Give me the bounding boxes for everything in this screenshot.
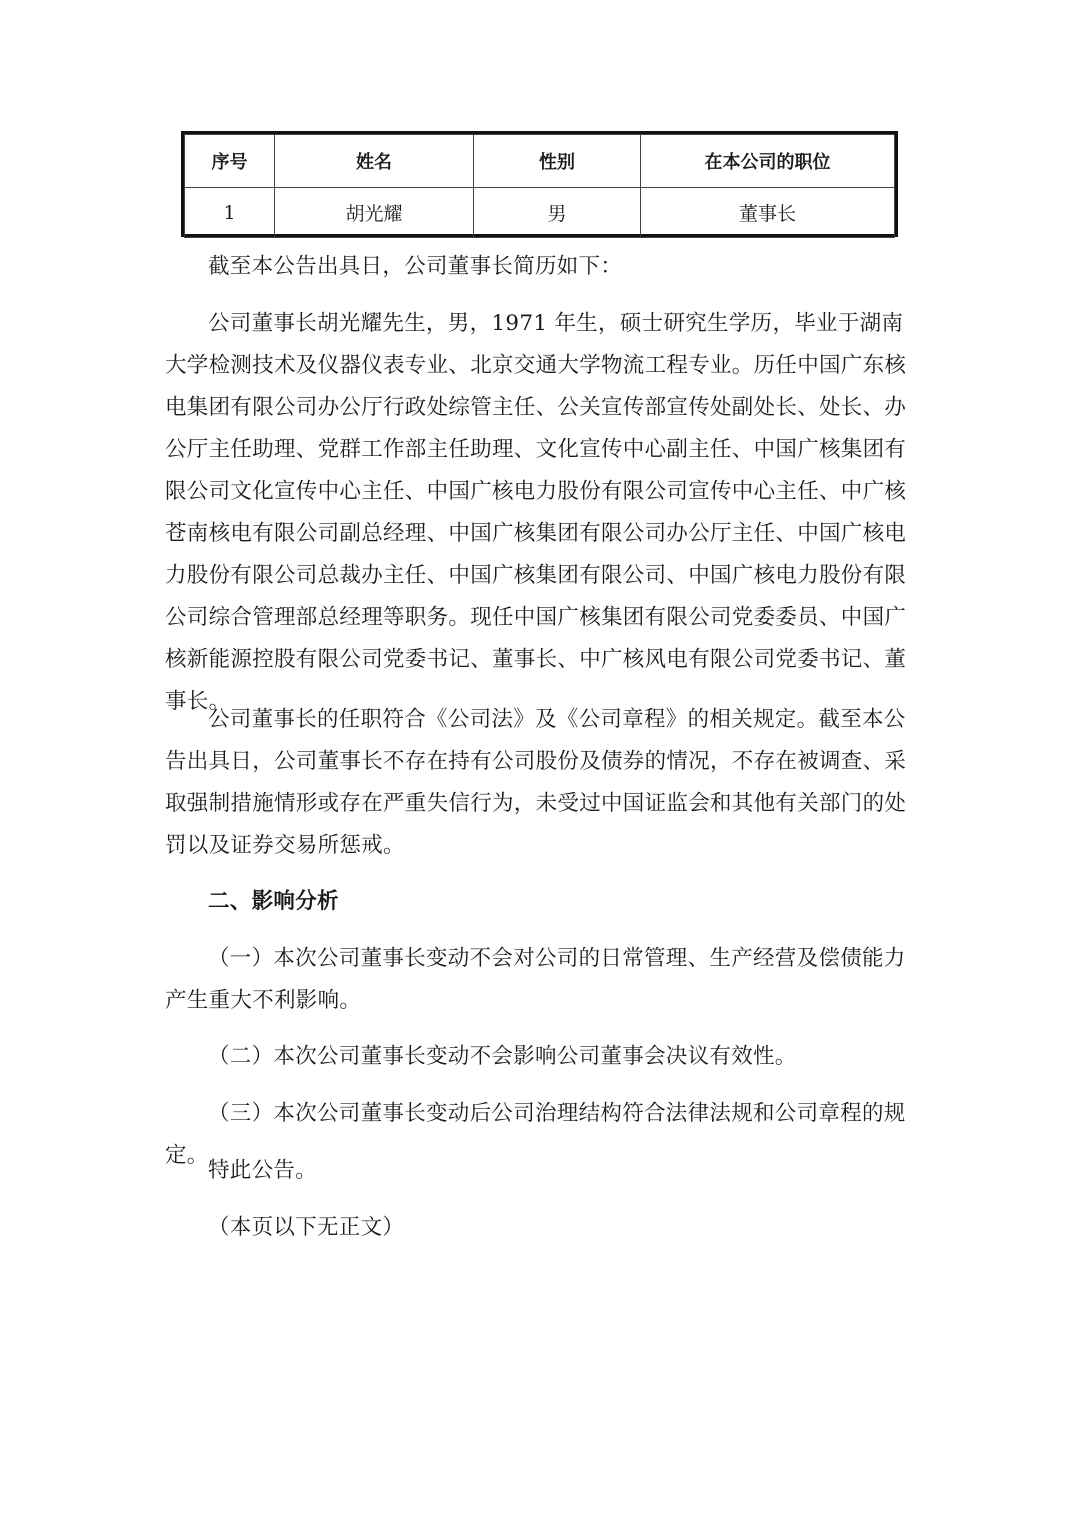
cell-gender: 男 bbox=[474, 188, 641, 238]
no-more-text-note: （本页以下无正文） bbox=[165, 1207, 917, 1249]
cell-position: 董事长 bbox=[641, 188, 895, 238]
chairman-table: 序号 姓名 性别 在本公司的职位 1 胡光耀 男 董事长 bbox=[181, 131, 898, 237]
intro-paragraph: 截至本公告出具日，公司董事长简历如下： bbox=[165, 246, 917, 288]
impact-paragraph-2: （二）本次公司董事长变动不会影响公司董事会决议有效性。 bbox=[165, 1036, 917, 1078]
header-position: 在本公司的职位 bbox=[641, 135, 895, 188]
table-row: 1 胡光耀 男 董事长 bbox=[185, 188, 895, 238]
section2-heading: 二、影响分析 bbox=[165, 881, 917, 923]
closing-text: 特此公告。 bbox=[165, 1150, 917, 1192]
bio-paragraph: 公司董事长胡光耀先生，男，1971 年生，硕士研究生学历，毕业于湖南大学检测技术… bbox=[165, 303, 917, 723]
cell-name: 胡光耀 bbox=[275, 188, 474, 238]
header-gender: 性别 bbox=[474, 135, 641, 188]
impact-paragraph-1: （一）本次公司董事长变动不会对公司的日常管理、生产经营及偿债能力产生重大不利影响… bbox=[165, 938, 917, 1022]
cell-seq: 1 bbox=[185, 188, 275, 238]
header-name: 姓名 bbox=[275, 135, 474, 188]
header-seq: 序号 bbox=[185, 135, 275, 188]
table-header-row: 序号 姓名 性别 在本公司的职位 bbox=[185, 135, 895, 188]
compliance-paragraph: 公司董事长的任职符合《公司法》及《公司章程》的相关规定。截至本公告出具日，公司董… bbox=[165, 699, 917, 867]
